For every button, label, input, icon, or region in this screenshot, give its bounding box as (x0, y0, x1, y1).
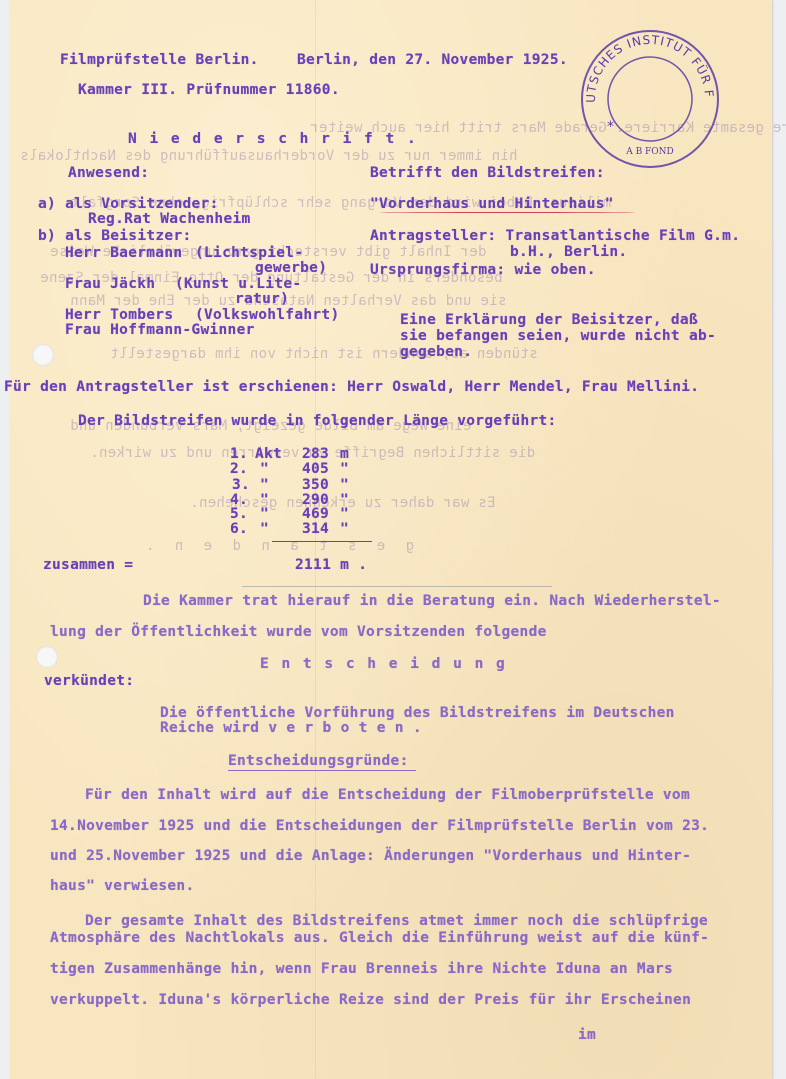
red-underline (380, 212, 635, 213)
assessor-role: (Volkswohlfahrt) (195, 307, 339, 323)
origin-company: Ursprungsfirma: wie oben. (370, 262, 596, 278)
act-length: 405 (302, 461, 329, 477)
svg-text:DEUTSCHES INSTITUT FÜR FILM: DEUTSCHES INSTITUT FÜR FILM (577, 26, 716, 103)
decision-text: Die öffentliche Vorführung des Bildstrei… (160, 705, 675, 721)
decision-text: Reiche wird v e r b o t e n . (160, 720, 422, 736)
paragraph-text: verkuppelt. Iduna's körperliche Reize si… (50, 992, 691, 1008)
assessor-role: (Lichtspiel- (195, 245, 303, 261)
pencil-strike (242, 586, 552, 587)
act-num: 2. (230, 461, 248, 477)
act-label: " (260, 521, 269, 537)
act-num: 6. (230, 521, 248, 537)
act-num: 5. (230, 506, 248, 522)
institute-stamp-icon: DEUTSCHES INSTITUT FÜR FILM * A B FOND (577, 26, 723, 172)
chair-label: a) als Vorsitzender: (38, 196, 219, 212)
act-length: 350 (302, 477, 329, 493)
svg-text:A B FOND: A B FOND (625, 147, 674, 157)
act-length: 283 (302, 446, 329, 462)
act-unit: " (340, 521, 349, 537)
announced-label: verkündet: (44, 673, 134, 689)
reasons-text: Für den Inhalt wird auf die Entscheidung… (85, 787, 690, 803)
bleed-through-line: stünden ab, sondern ist nicht von ihm da… (110, 346, 538, 362)
act-label: " (260, 461, 269, 477)
decision-heading: E n t s c h e i d u n g (260, 656, 507, 672)
act-length: 469 (302, 506, 329, 522)
declaration-note: gegeben. (400, 344, 472, 360)
declaration-note: sie befangen seien, wurde nicht ab- (400, 328, 716, 344)
reasons-text: 14.November 1925 und die Entscheidungen … (50, 818, 709, 834)
continuation-word: im (578, 1027, 596, 1043)
assessors-label: b) als Beisitzer: (38, 228, 192, 244)
assessor-name: Herr Tombers (65, 307, 173, 323)
assessor-role: gewerbe) (255, 260, 327, 276)
subject-label: Betrifft den Bildstreifen: (370, 165, 605, 181)
act-unit: " (340, 506, 349, 522)
sum-rule (272, 541, 372, 542)
act-length: 314 (302, 521, 329, 537)
applicant: Antragsteller: Transatlantische Film G.m… (370, 228, 740, 244)
heading-underline (228, 770, 416, 771)
appeared-persons: Für den Antragsteller ist erschienen: He… (4, 379, 699, 395)
reasons-text: haus" verwiesen. (50, 878, 194, 894)
total-value: 2111 m . (295, 557, 367, 573)
hole-punch (36, 646, 58, 668)
declaration-note: Eine Erklärung der Beisitzer, daß (400, 312, 698, 328)
paragraph-text: Der gesamte Inhalt des Bildstreifens atm… (85, 913, 708, 929)
hole-punch (32, 344, 54, 366)
film-title: "Vorderhaus und Hinterhaus" (370, 196, 614, 212)
paragraph-text: tigen Zusammenhänge hin, wenn Frau Brenn… (50, 961, 673, 977)
act-num: 1. (230, 446, 248, 462)
act-label: " (260, 506, 269, 522)
document-page: und ihre gesamte Karriere. Gerade Mars t… (10, 0, 772, 1079)
act-label: Akt (255, 446, 282, 462)
reasons-heading: Entscheidungsgründe: (228, 753, 409, 769)
total-label: zusammen = (43, 557, 133, 573)
assessor-role: (Kunst u.Lite- (175, 276, 301, 292)
chamber-number: Kammer III. Prüfnummer 11860. (78, 82, 340, 98)
act-unit: " (340, 461, 349, 477)
assessor-name: Herr Baermann (65, 245, 182, 261)
act-unit: " (340, 477, 349, 493)
office-name: Filmprüfstelle Berlin. (60, 52, 259, 68)
applicant-cont: b.H., Berlin. (510, 244, 627, 260)
act-num: 3. (232, 477, 250, 493)
bleed-through-line: hin immer nur zu der Vorderhausaufführun… (20, 148, 518, 164)
svg-text:*: * (607, 119, 614, 135)
assessor-name: Frau Hoffmann-Gwinner (65, 322, 255, 338)
document-title: N i e d e r s c h r i f t . (128, 131, 418, 147)
reasons-text: und 25.November 1925 und die Anlage: Änd… (50, 848, 691, 864)
chair-name: Reg.Rat Wachenheim (88, 211, 251, 227)
act-unit: m (340, 446, 349, 462)
act-label: " (260, 477, 269, 493)
assessor-name: Frau Jäckh (65, 276, 155, 292)
attendance-label: Anwesend: (68, 165, 149, 181)
deliberation-text: lung der Öffentlichkeit wurde vom Vorsit… (50, 624, 547, 640)
deliberation-text: Die Kammer trat hierauf in die Beratung … (143, 593, 721, 609)
paragraph-text: Atmosphäre des Nachtlokals aus. Gleich d… (50, 930, 709, 946)
length-intro: Der Bildstreifen wurde in folgender Läng… (78, 413, 557, 429)
document-date: Berlin, den 27. November 1925. (297, 52, 568, 68)
assessor-role: ratur) (235, 291, 289, 307)
